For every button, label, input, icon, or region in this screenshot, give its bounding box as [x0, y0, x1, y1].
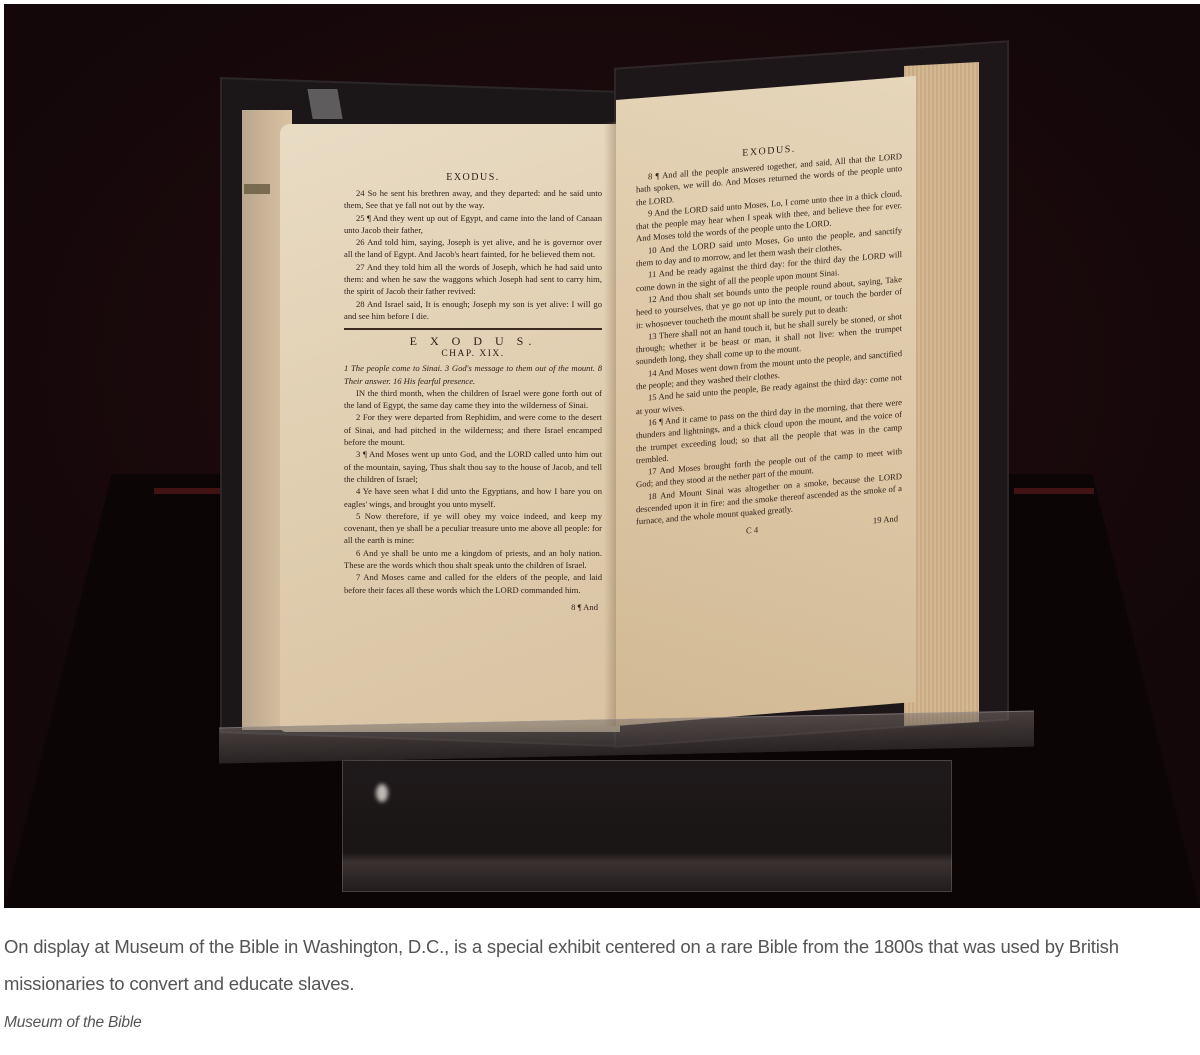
chapter-summary: 1 The people come to Sinai. 3 God's mess…: [344, 362, 602, 387]
running-head: EXODUS.: [344, 172, 602, 183]
book-title: E X O D U S.: [344, 334, 602, 349]
verse: 3 ¶ And Moses went up unto God, and the …: [344, 448, 602, 485]
verse: 6 And ye shall be unto me a kingdom of p…: [344, 547, 602, 572]
verse: 26 And told him, saying, Joseph is yet a…: [344, 236, 602, 261]
page-stain: [244, 184, 270, 194]
catchword: 8 ¶ And: [571, 602, 598, 612]
verse: 4 Ye have seen what I did unto the Egypt…: [344, 485, 602, 510]
verse: 2 For they were departed from Rephidim, …: [344, 411, 602, 448]
acrylic-stand-front: [342, 760, 952, 892]
bible-exhibit-photo: EXODUS. 24 So he sent his brethren away,…: [4, 4, 1200, 908]
signature-mark: C 4: [746, 524, 758, 535]
chapter-divider: [344, 328, 602, 330]
verse: 28 And Israel said, It is enough; Joseph…: [344, 298, 602, 323]
pedestal-glow-right: [1014, 488, 1094, 494]
figure: EXODUS. 24 So he sent his brethren away,…: [0, 0, 1200, 1055]
chapter-heading: CHAP. XIX.: [344, 349, 602, 359]
left-page: EXODUS. 24 So he sent his brethren away,…: [280, 124, 620, 732]
mounting-tape: [307, 89, 342, 119]
verse: 24 So he sent his brethren away, and the…: [344, 187, 602, 212]
verse: 5 Now therefore, if ye will obey my voic…: [344, 510, 602, 547]
right-page: EXODUS. 8 ¶ And all the people answered …: [616, 76, 916, 726]
verse: 25 ¶ And they went up out of Egypt, and …: [344, 212, 602, 237]
catchword: 19 And: [873, 513, 898, 525]
photo-credit: Museum of the Bible: [4, 1014, 142, 1032]
stand-reflection: [376, 784, 388, 802]
verse: 7 And Moses came and called for the elde…: [344, 571, 602, 596]
page-footer: 8 ¶ And: [344, 602, 602, 612]
verse: IN the third month, when the children of…: [344, 387, 602, 412]
photo-caption: On display at Museum of the Bible in Was…: [4, 928, 1184, 1002]
verse: 27 And they told him all the words of Jo…: [344, 261, 602, 298]
